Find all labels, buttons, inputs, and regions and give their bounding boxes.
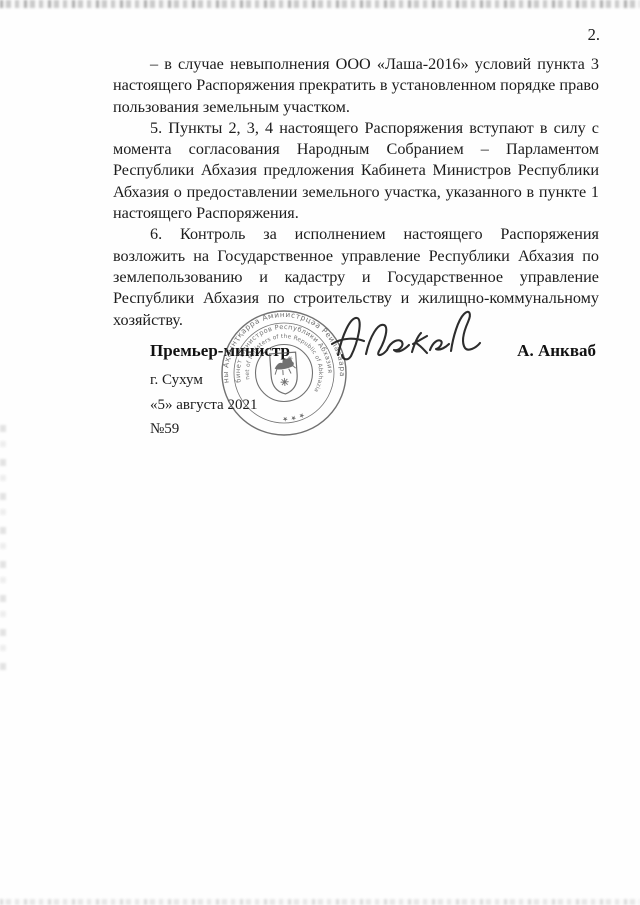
scan-artifact-bottom: [0, 899, 640, 905]
handwritten-signature: [330, 305, 488, 367]
signer-name: А. Анкваб: [517, 341, 596, 361]
page-number: 2.: [0, 25, 600, 45]
document-body: – в случае невыполнения ООО «Лаша-2016» …: [113, 54, 599, 331]
stamp-coat-of-arms-icon: [270, 352, 299, 395]
document-page: 2. – в случае невыполнения ООО «Лаша-201…: [0, 0, 640, 905]
scan-artifact-top: [0, 0, 640, 8]
scan-artifact-left-edge: [0, 425, 6, 675]
paragraph-point-5: 5. Пункты 2, 3, 4 настоящего Распоряжени…: [113, 118, 599, 224]
paragraph-land-use-termination: – в случае невыполнения ООО «Лаша-2016» …: [113, 54, 599, 118]
